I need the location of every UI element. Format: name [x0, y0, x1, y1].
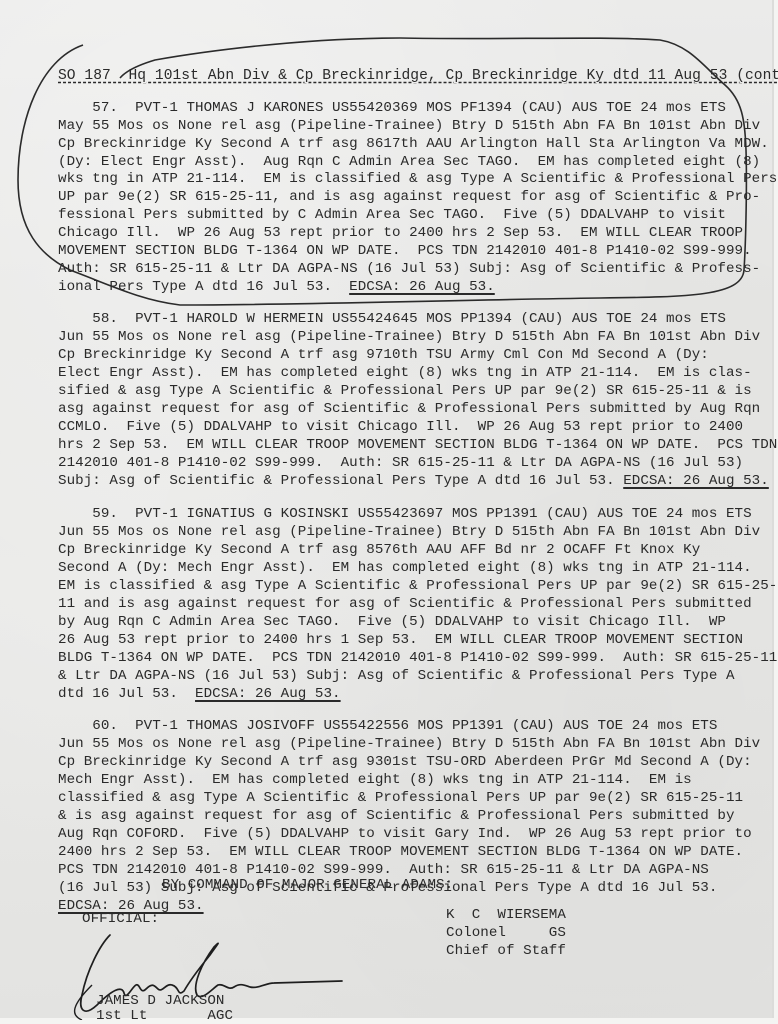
command-line: BY COMMAND OF MAJOR GENERAL ADAMS:	[162, 877, 453, 893]
paragraph-line: 57. PVT-1 THOMAS J KARONES US55420369 MO…	[58, 100, 726, 116]
edcsa-date: EDCSA: 26 Aug 53.	[349, 279, 495, 295]
paragraph-line: Cp Breckinridge Ky Second A trf asg 9301…	[58, 754, 752, 770]
paragraph-line: Mech Engr Asst). EM has completed eight …	[58, 772, 692, 788]
paragraph-line: Jun 55 Mos os None rel asg (Pipeline-Tra…	[58, 736, 760, 752]
paragraph-line: UP par 9e(2) SR 615-25-11, and is asg ag…	[58, 189, 760, 205]
paragraph-line: 2142010 401-8 P1410-02 S99-999. Auth: SR…	[58, 455, 743, 471]
paragraph-line: 58. PVT-1 HAROLD W HERMEIN US55424645 MO…	[58, 311, 726, 327]
paragraph-line: EM is classified & asg Type A Scientific…	[58, 578, 777, 594]
paragraph-line: Cp Breckinridge Ky Second A trf asg 9710…	[58, 347, 709, 363]
paragraph-line: 59. PVT-1 IGNATIUS G KOSINSKI US55423697…	[58, 506, 752, 522]
edcsa-date: EDCSA: 26 Aug 53.	[623, 473, 769, 489]
paragraph-line: Second A (Dy: Mech Engr Asst). EM has co…	[58, 560, 752, 576]
signer-name: JAMES D JACKSON	[96, 993, 224, 1009]
paragraph-line: Elect Engr Asst). EM has completed eight…	[58, 365, 752, 381]
paragraph-line: May 55 Mos os None rel asg (Pipeline-Tra…	[58, 118, 760, 134]
paragraph-line: 60. PVT-1 THOMAS JOSIVOFF US55422556 MOS…	[58, 718, 717, 734]
paragraph-line: & Ltr DA AGPA-NS (16 Jul 53) Subj: Asg o…	[58, 668, 735, 684]
paragraph-line: hrs 2 Sep 53. EM WILL CLEAR TROOP MOVEME…	[58, 437, 777, 453]
paragraph-line: Aug Rqn COFORD. Five (5) DDALVAHP to vis…	[58, 826, 752, 842]
signer-rank: Colonel GS	[446, 925, 566, 941]
paragraph-line: Jun 55 Mos os None rel asg (Pipeline-Tra…	[58, 524, 760, 540]
paragraph-line: 11 and is asg against request for asg of…	[58, 596, 752, 612]
paragraph-line: by Aug Rqn C Admin Area Sec TAGO. Five (…	[58, 614, 726, 630]
paragraph-line: fessional Pers submitted by C Admin Area…	[58, 207, 726, 223]
paragraph-line: & is asg against request for asg of Scie…	[58, 808, 735, 824]
paragraph-line: Jun 55 Mos os None rel asg (Pipeline-Tra…	[58, 329, 760, 345]
signer-title: Chief of Staff	[446, 943, 566, 959]
document-page: SO 187 Hq 101st Abn Div & Cp Breckinridg…	[0, 0, 774, 1018]
paragraph-line: dtd 16 Jul 53. EDCSA: 26 Aug 53.	[58, 686, 341, 702]
signer-name: K C WIERSEMA	[446, 907, 566, 923]
paragraph-line: Cp Breckinridge Ky Second A trf asg 8617…	[58, 136, 769, 152]
paragraph-line: ional Pers Type A dtd 16 Jul 53. EDCSA: …	[58, 279, 495, 295]
order-header: SO 187 Hq 101st Abn Div & Cp Breckinridg…	[58, 68, 778, 84]
paragraph-line: MOVEMENT SECTION BLDG T-1364 ON WP DATE.…	[58, 243, 752, 259]
paragraph-line: Subj: Asg of Scientific & Professional P…	[58, 473, 769, 489]
paragraph-line: Cp Breckinridge Ky Second A trf asg 8576…	[58, 542, 700, 558]
paragraph-line: BLDG T-1364 ON WP DATE. PCS TDN 2142010 …	[58, 650, 777, 666]
paragraph-line: classified & asg Type A Scientific & Pro…	[58, 790, 743, 806]
paragraph-line: PCS TDN 2142010 401-8 P1410-02 S99-999. …	[58, 862, 709, 878]
edcsa-date: EDCSA: 26 Aug 53.	[195, 686, 341, 702]
paragraph-line: 2400 hrs 2 Sep 53. EM WILL CLEAR TROOP M…	[58, 844, 743, 860]
paragraph-line-text: dtd 16 Jul 53.	[58, 686, 195, 702]
paragraph-line: wks tng in ATP 21-114. EM is classified …	[58, 171, 777, 187]
paragraph-line: asg against request for asg of Scientifi…	[58, 401, 760, 417]
paragraph-line: CCMLO. Five (5) DDALVAHP to visit Chicag…	[58, 419, 743, 435]
signer-rank: 1st Lt AGC	[96, 1008, 233, 1024]
paragraph-line: (Dy: Elect Engr Asst). Aug Rqn C Admin A…	[58, 154, 760, 170]
paragraph-line: sified & asg Type A Scientific & Profess…	[58, 383, 752, 399]
paragraph-line-text: ional Pers Type A dtd 16 Jul 53.	[58, 279, 349, 295]
paragraph-line: Auth: SR 615-25-11 & Ltr DA AGPA-NS (16 …	[58, 261, 760, 277]
paragraph-line-text: Subj: Asg of Scientific & Professional P…	[58, 473, 623, 489]
paragraph-line: Chicago Ill. WP 26 Aug 53 rept prior to …	[58, 225, 743, 241]
paragraph-line: 26 Aug 53 rept prior to 2400 hrs 1 Sep 5…	[58, 632, 743, 648]
